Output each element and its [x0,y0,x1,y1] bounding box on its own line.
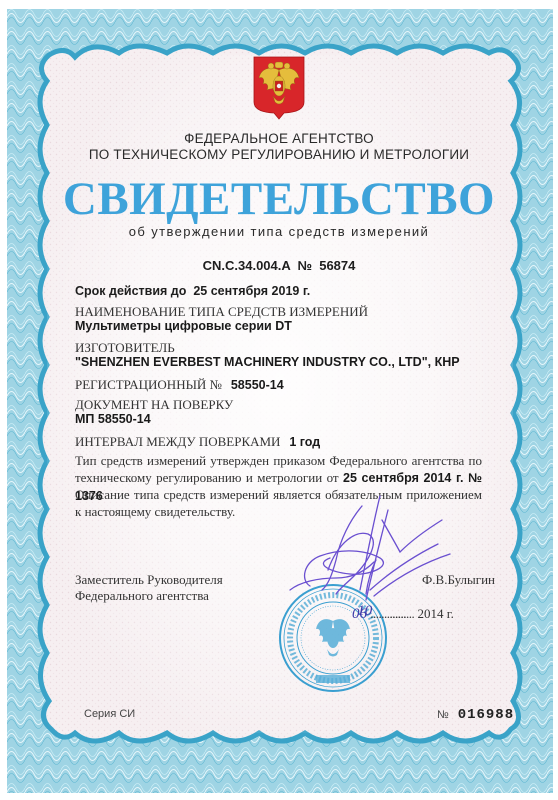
document-title: СВИДЕТЕЛЬСТВО [0,172,558,226]
verification-doc-label: ДОКУМЕНТ НА ПОВЕРКУ [75,397,233,413]
type-name-value: Мультиметры цифровые серии DT [75,319,292,333]
signatory-title-line2: Федерального агентства [75,588,209,604]
registration-value: 58550-14 [231,378,284,392]
type-name-label: НАИМЕНОВАНИЕ ТИПА СРЕДСТВ ИЗМЕРЕНИЙ [75,304,368,320]
sign-date-month: 10 [357,603,372,619]
serial-number-row: № 016988 [437,705,514,723]
signatory-title-line1: Заместитель Руководителя [75,572,223,588]
validity-date: 25 сентября 2019 г. [193,284,310,298]
registration-label: РЕГИСТРАЦИОННЫЙ № [75,377,222,392]
manufacturer-value: "SHENZHEN EVERBEST MACHINERY INDUSTRY CO… [75,355,460,369]
serial-prefix: № [437,709,449,721]
series-label: Серия СИ [84,708,135,720]
agency-name-line1: ФЕДЕРАЛЬНОЕ АГЕНТСТВО [0,131,558,146]
certificate-number: CN.C.34.004.A № 56874 [0,258,558,273]
document-subtitle: об утверждении типа средств измерений [0,224,558,239]
sign-date-year: 2014 г. [418,606,454,621]
serial-number: 016988 [458,707,514,723]
interval-value: 1 год [289,435,320,449]
sign-date: 06 ............. 10 ......... 2014 г. [352,606,454,623]
agency-name-line2: ПО ТЕХНИЧЕСКОМУ РЕГУЛИРОВАНИЮ И МЕТРОЛОГ… [0,147,558,162]
manufacturer-label: ИЗГОТОВИТЕЛЬ [75,340,175,356]
signatory-name: Ф.В.Булыгин [422,572,495,588]
registration-row: РЕГИСТРАЦИОННЫЙ № 58550-14 [75,376,284,394]
interval-row: ИНТЕРВАЛ МЕЖДУ ПОВЕРКАМИ 1 год [75,433,320,451]
handwritten-signature-icon [270,490,460,620]
coat-of-arms-icon [253,56,305,120]
interval-label: ИНТЕРВАЛ МЕЖДУ ПОВЕРКАМИ [75,434,280,449]
verification-doc-value: МП 58550-14 [75,412,151,426]
validity-row: Срок действия до 25 сентября 2019 г. [75,284,310,298]
validity-label: Срок действия до [75,284,186,298]
